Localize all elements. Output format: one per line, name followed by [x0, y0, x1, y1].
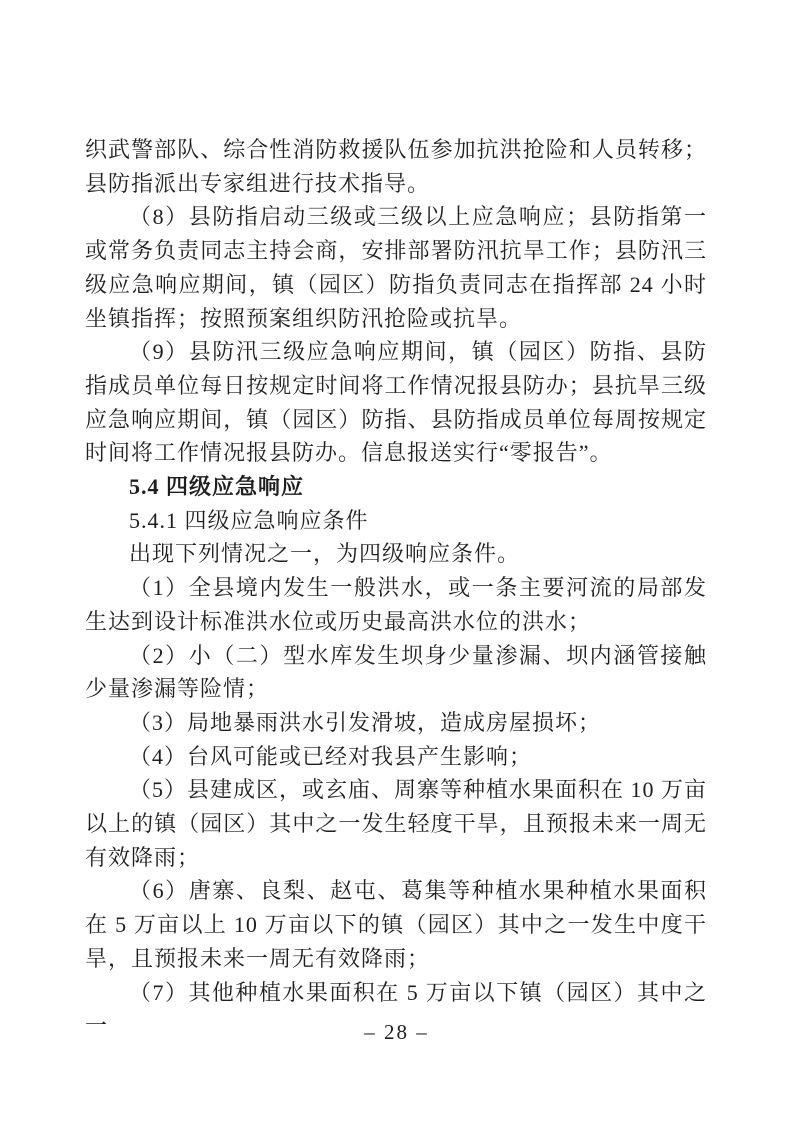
paragraph-condition-2: （2）小（二）型水库发生坝身少量渗漏、坝内涵管接触少量渗漏等险情；	[85, 639, 707, 706]
paragraph-condition-4: （4）台风可能或已经对我县产生影响；	[85, 740, 707, 774]
paragraph-continued: 织武警部队、综合性消防救援队伍参加抗洪抢险和人员转移；县防指派出专家组进行技术指…	[85, 133, 707, 200]
section-heading-5-4-1: 5.4.1 四级应急响应条件	[85, 504, 707, 538]
page-number: – 28 –	[0, 1020, 793, 1045]
paragraph-condition-3: （3）局地暴雨洪水引发滑坡，造成房屋损坏；	[85, 706, 707, 740]
paragraph-condition-1: （1）全县境内发生一般洪水，或一条主要河流的局部发生达到设计标准洪水位或历史最高…	[85, 571, 707, 638]
section-heading-5-4: 5.4 四级应急响应	[85, 470, 707, 504]
paragraph-conditions-intro: 出现下列情况之一，为四级响应条件。	[85, 537, 707, 571]
paragraph-condition-6: （6）唐寨、良梨、赵屯、葛集等种植水果种植水果面积在 5 万亩以上 10 万亩以…	[85, 874, 707, 975]
paragraph-condition-5: （5）县建成区，或玄庙、周寨等种植水果面积在 10 万亩以上的镇（园区）其中之一…	[85, 773, 707, 874]
paragraph-item-8: （8）县防指启动三级或三级以上应急响应；县防指第一或常务负责同志主持会商，安排部…	[85, 200, 707, 335]
document-body: 织武警部队、综合性消防救援队伍参加抗洪抢险和人员转移；县防指派出专家组进行技术指…	[85, 133, 707, 1043]
paragraph-item-9: （9）县防汛三级应急响应期间，镇（园区）防指、县防指成员单位每日按规定时间将工作…	[85, 335, 707, 470]
document-page: 织武警部队、综合性消防救援队伍参加抗洪抢险和人员转移；县防指派出专家组进行技术指…	[0, 0, 793, 1122]
